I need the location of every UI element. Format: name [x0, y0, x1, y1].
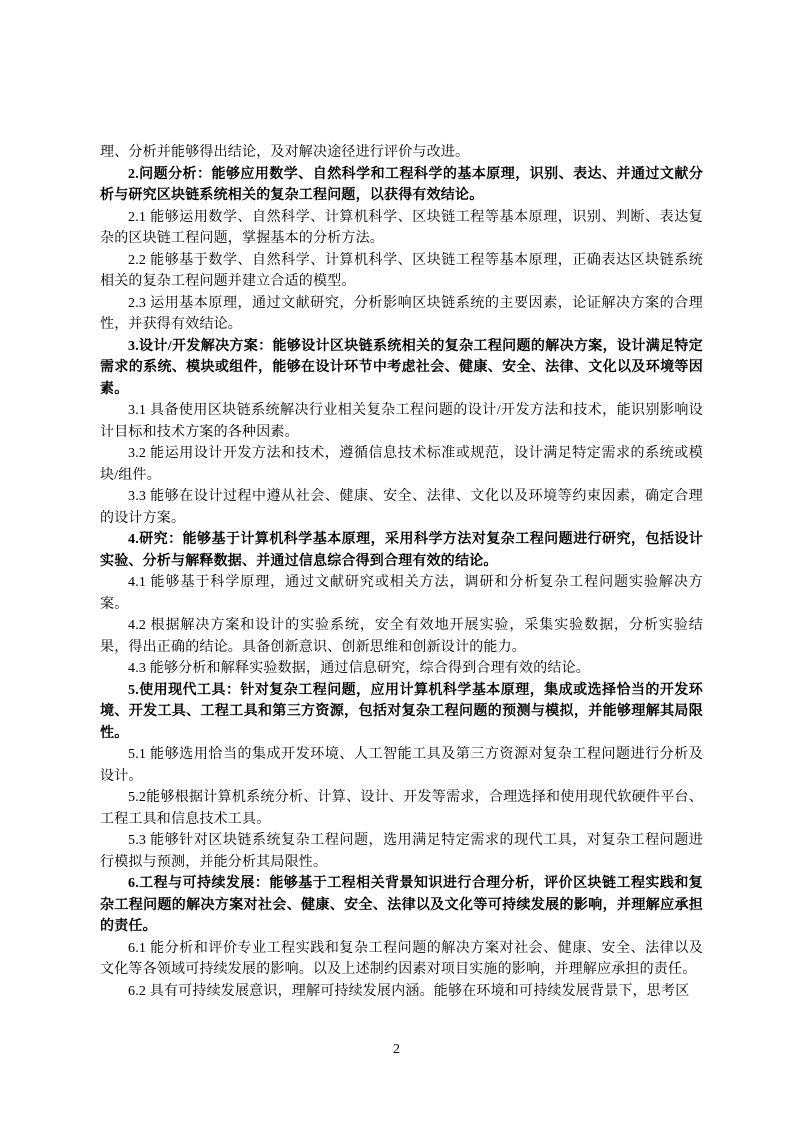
objective-4-1: 4.1 能够基于科学原理，通过文献研究或相关方法，调研和分析复杂工程问题实验解决… — [100, 572, 703, 615]
objective-6-heading: 6.工程与可持续发展：能够基于工程相关背景知识进行合理分析，评价区块链工程实践和… — [100, 873, 703, 938]
objective-4-2: 4.2 根据解决方案和设计的实验系统，安全有效地开展实验，采集实验数据，分析实验… — [100, 615, 703, 658]
document-page: 理、分析并能够得出结论，及对解决途径进行评价与改进。 2.问题分析：能够应用数学… — [0, 0, 793, 1122]
continued-paragraph: 理、分析并能够得出结论，及对解决途径进行评价与改进。 — [100, 142, 703, 164]
objective-4-3: 4.3 能够分析和解释实验数据，通过信息研究，综合得到合理有效的结论。 — [100, 658, 703, 680]
objective-3-heading: 3.设计/开发解决方案：能够设计区块链系统相关的复杂工程问题的解决方案，设计满足… — [100, 336, 703, 401]
objective-3-3: 3.3 能够在设计过程中遵从社会、健康、安全、法律、文化以及环境等约束因素，确定… — [100, 486, 703, 529]
objective-2-3: 2.3 运用基本原理，通过文献研究，分析影响区块链系统的主要因素，论证解决方案的… — [100, 293, 703, 336]
document-body: 理、分析并能够得出结论，及对解决途径进行评价与改进。 2.问题分析：能够应用数学… — [100, 142, 703, 1002]
objective-2-2: 2.2 能够基于数学、自然科学、计算机科学、区块链工程等基本原理，正确表达区块链… — [100, 250, 703, 293]
objective-4-heading: 4.研究：能够基于计算机科学基本原理，采用科学方法对复杂工程问题进行研究，包括设… — [100, 529, 703, 572]
objective-3-2: 3.2 能运用设计开发方法和技术，遵循信息技术标准或规范，设计满足特定需求的系统… — [100, 443, 703, 486]
objective-5-heading: 5.使用现代工具：针对复杂工程问题，应用计算机科学基本原理，集成或选择恰当的开发… — [100, 680, 703, 745]
objective-5-3: 5.3 能够针对区块链系统复杂工程问题，选用满足特定需求的现代工具，对复杂工程问… — [100, 830, 703, 873]
objective-3-1: 3.1 具备使用区块链系统解决行业相关复杂工程问题的设计/开发方法和技术，能识别… — [100, 400, 703, 443]
page-number: 2 — [0, 1041, 793, 1059]
objective-2-heading: 2.问题分析：能够应用数学、自然科学和工程科学的基本原理，识别、表达、并通过文献… — [100, 164, 703, 207]
objective-6-1: 6.1 能分析和评价专业工程实践和复杂工程问题的解决方案对社会、健康、安全、法律… — [100, 938, 703, 981]
objective-2-1: 2.1 能够运用数学、自然科学、计算机科学、区块链工程等基本原理，识别、判断、表… — [100, 207, 703, 250]
objective-5-1: 5.1 能够选用恰当的集成开发环境、人工智能工具及第三方资源对复杂工程问题进行分… — [100, 744, 703, 787]
objective-6-2: 6.2 具有可持续发展意识，理解可持续发展内涵。能够在环境和可持续发展背景下，思… — [100, 981, 703, 1003]
objective-5-2: 5.2能够根据计算机系统分析、计算、设计、开发等需求，合理选择和使用现代软硬件平… — [100, 787, 703, 830]
